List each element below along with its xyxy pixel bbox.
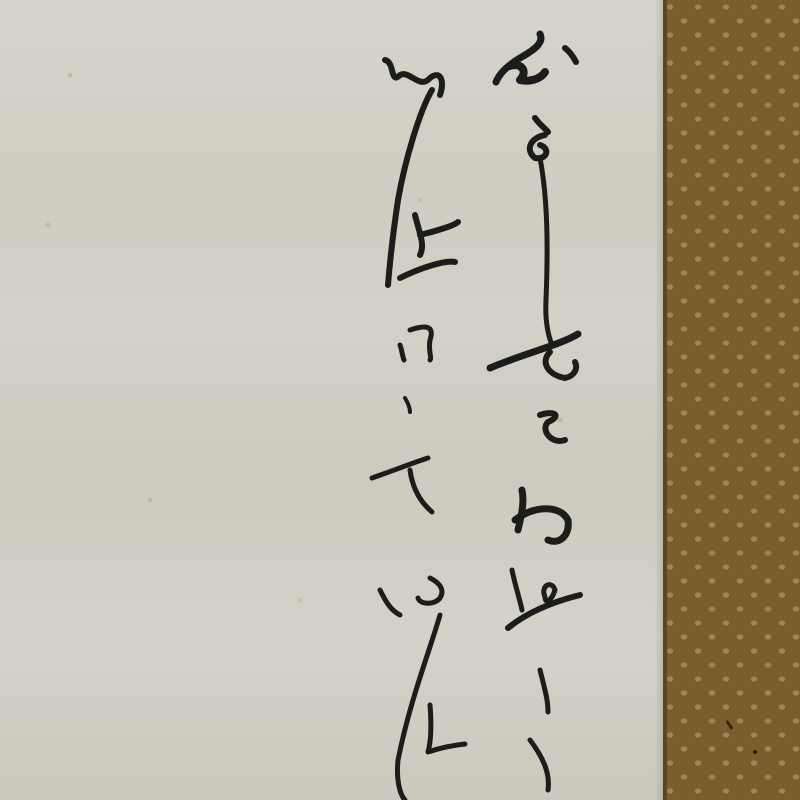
right-column xyxy=(490,34,580,790)
mount-stain xyxy=(753,750,757,754)
mount-edge xyxy=(663,0,667,800)
calligraphy-ink xyxy=(0,0,663,800)
brocade-mount xyxy=(663,0,800,800)
left-column xyxy=(372,60,465,800)
scroll-photo xyxy=(0,0,800,800)
